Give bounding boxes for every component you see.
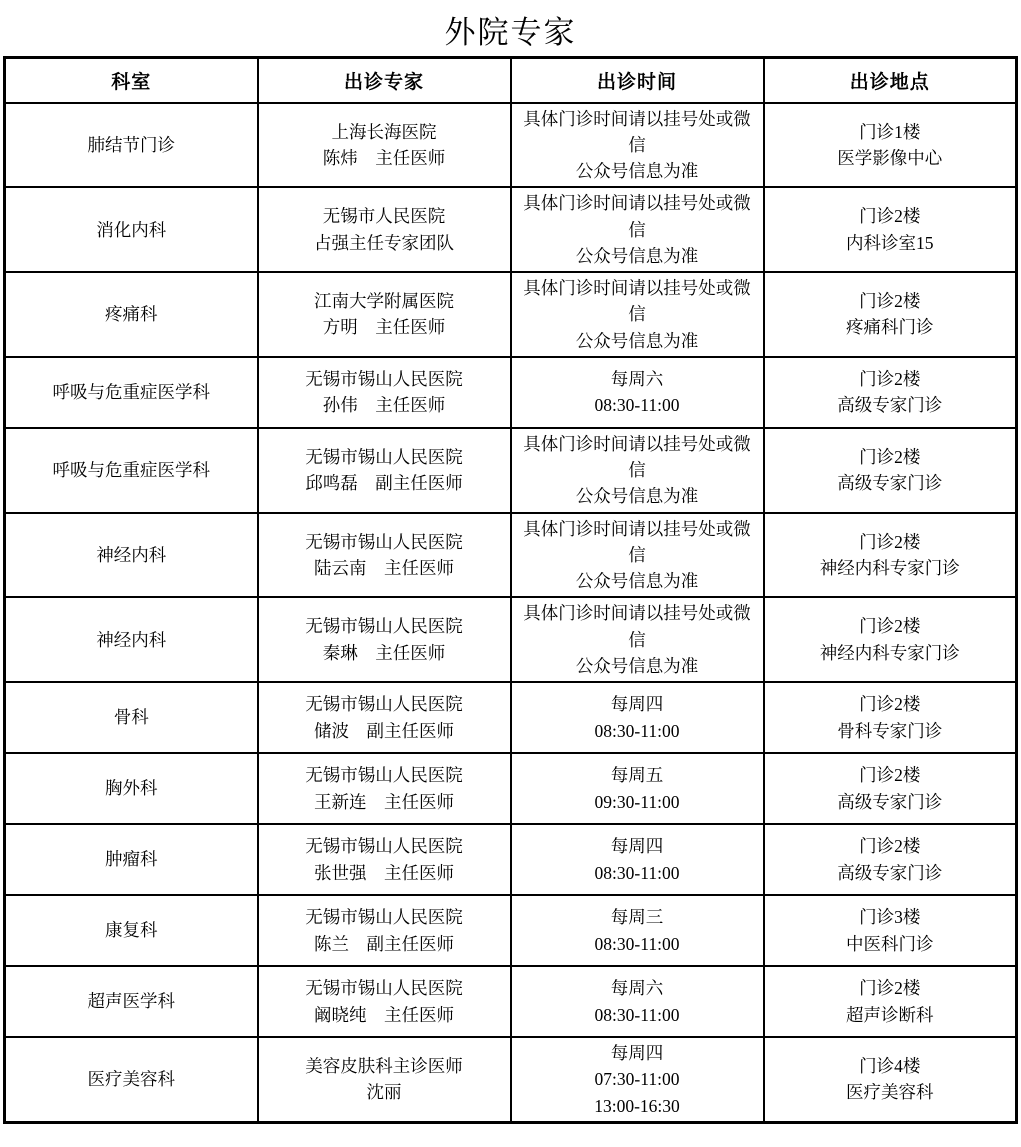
cell-department: 胸外科 xyxy=(5,753,258,824)
table-row: 超声医学科无锡市锡山人民医院 阚晓纯 主任医师每周六 08:30-11:00门诊… xyxy=(5,966,1017,1037)
column-header-location: 出诊地点 xyxy=(764,58,1017,103)
cell-time: 具体门诊时间请以挂号处或微信 公众号信息为准 xyxy=(511,597,764,682)
cell-location: 门诊2楼 高级专家门诊 xyxy=(764,824,1017,895)
cell-expert: 无锡市锡山人民医院 王新连 主任医师 xyxy=(258,753,511,824)
cell-expert: 无锡市人民医院 占强主任专家团队 xyxy=(258,187,511,272)
column-header-department: 科室 xyxy=(5,58,258,103)
table-row: 医疗美容科美容皮肤科主诊医师 沈丽每周四 07:30-11:00 13:00-1… xyxy=(5,1037,1017,1122)
cell-location: 门诊1楼 医学影像中心 xyxy=(764,103,1017,188)
cell-location: 门诊4楼 医疗美容科 xyxy=(764,1037,1017,1122)
cell-time: 每周四 07:30-11:00 13:00-16:30 xyxy=(511,1037,764,1122)
table-row: 疼痛科江南大学附属医院 方明 主任医师具体门诊时间请以挂号处或微信 公众号信息为… xyxy=(5,272,1017,357)
cell-time: 具体门诊时间请以挂号处或微信 公众号信息为准 xyxy=(511,103,764,188)
cell-department: 神经内科 xyxy=(5,513,258,598)
cell-location: 门诊2楼 神经内科专家门诊 xyxy=(764,513,1017,598)
cell-location: 门诊2楼 高级专家门诊 xyxy=(764,753,1017,824)
page-title: 外院专家 xyxy=(0,0,1021,56)
cell-time: 每周五 09:30-11:00 xyxy=(511,753,764,824)
column-header-time: 出诊时间 xyxy=(511,58,764,103)
cell-time: 每周六 08:30-11:00 xyxy=(511,357,764,428)
cell-time: 具体门诊时间请以挂号处或微信 公众号信息为准 xyxy=(511,428,764,513)
table-row: 胸外科无锡市锡山人民医院 王新连 主任医师每周五 09:30-11:00门诊2楼… xyxy=(5,753,1017,824)
cell-location: 门诊3楼 中医科门诊 xyxy=(764,895,1017,966)
cell-department: 肿瘤科 xyxy=(5,824,258,895)
document-page: 外院专家 科室 出诊专家 出诊时间 出诊地点 肺结节门诊上海长海医院 陈炜 主任… xyxy=(0,0,1021,1147)
cell-department: 神经内科 xyxy=(5,597,258,682)
cell-expert: 无锡市锡山人民医院 张世强 主任医师 xyxy=(258,824,511,895)
column-header-expert: 出诊专家 xyxy=(258,58,511,103)
cell-expert: 无锡市锡山人民医院 秦琳 主任医师 xyxy=(258,597,511,682)
cell-expert: 无锡市锡山人民医院 陆云南 主任医师 xyxy=(258,513,511,598)
cell-department: 医疗美容科 xyxy=(5,1037,258,1122)
header-row: 科室 出诊专家 出诊时间 出诊地点 xyxy=(5,58,1017,103)
cell-department: 疼痛科 xyxy=(5,272,258,357)
cell-time: 每周四 08:30-11:00 xyxy=(511,682,764,753)
cell-location: 门诊2楼 疼痛科门诊 xyxy=(764,272,1017,357)
table-body: 肺结节门诊上海长海医院 陈炜 主任医师具体门诊时间请以挂号处或微信 公众号信息为… xyxy=(5,103,1017,1123)
cell-department: 呼吸与危重症医学科 xyxy=(5,357,258,428)
table-row: 康复科无锡市锡山人民医院 陈兰 副主任医师每周三 08:30-11:00门诊3楼… xyxy=(5,895,1017,966)
cell-location: 门诊2楼 高级专家门诊 xyxy=(764,357,1017,428)
table-header: 科室 出诊专家 出诊时间 出诊地点 xyxy=(5,58,1017,103)
cell-expert: 江南大学附属医院 方明 主任医师 xyxy=(258,272,511,357)
cell-department: 消化内科 xyxy=(5,187,258,272)
table-row: 肿瘤科无锡市锡山人民医院 张世强 主任医师每周四 08:30-11:00门诊2楼… xyxy=(5,824,1017,895)
table-row: 呼吸与危重症医学科无锡市锡山人民医院 邱鸣磊 副主任医师具体门诊时间请以挂号处或… xyxy=(5,428,1017,513)
cell-time: 每周三 08:30-11:00 xyxy=(511,895,764,966)
table-row: 神经内科无锡市锡山人民医院 陆云南 主任医师具体门诊时间请以挂号处或微信 公众号… xyxy=(5,513,1017,598)
cell-expert: 无锡市锡山人民医院 阚晓纯 主任医师 xyxy=(258,966,511,1037)
cell-location: 门诊2楼 超声诊断科 xyxy=(764,966,1017,1037)
cell-department: 肺结节门诊 xyxy=(5,103,258,188)
table-row: 消化内科无锡市人民医院 占强主任专家团队具体门诊时间请以挂号处或微信 公众号信息… xyxy=(5,187,1017,272)
cell-department: 呼吸与危重症医学科 xyxy=(5,428,258,513)
cell-time: 每周四 08:30-11:00 xyxy=(511,824,764,895)
cell-location: 门诊2楼 高级专家门诊 xyxy=(764,428,1017,513)
cell-time: 具体门诊时间请以挂号处或微信 公众号信息为准 xyxy=(511,513,764,598)
cell-expert: 无锡市锡山人民医院 邱鸣磊 副主任医师 xyxy=(258,428,511,513)
cell-expert: 美容皮肤科主诊医师 沈丽 xyxy=(258,1037,511,1122)
table-row: 肺结节门诊上海长海医院 陈炜 主任医师具体门诊时间请以挂号处或微信 公众号信息为… xyxy=(5,103,1017,188)
cell-time: 每周六 08:30-11:00 xyxy=(511,966,764,1037)
cell-location: 门诊2楼 内科诊室15 xyxy=(764,187,1017,272)
cell-expert: 无锡市锡山人民医院 孙伟 主任医师 xyxy=(258,357,511,428)
cell-time: 具体门诊时间请以挂号处或微信 公众号信息为准 xyxy=(511,187,764,272)
cell-location: 门诊2楼 骨科专家门诊 xyxy=(764,682,1017,753)
cell-expert: 无锡市锡山人民医院 储波 副主任医师 xyxy=(258,682,511,753)
cell-time: 具体门诊时间请以挂号处或微信 公众号信息为准 xyxy=(511,272,764,357)
cell-expert: 上海长海医院 陈炜 主任医师 xyxy=(258,103,511,188)
cell-location: 门诊2楼 神经内科专家门诊 xyxy=(764,597,1017,682)
table-row: 神经内科无锡市锡山人民医院 秦琳 主任医师具体门诊时间请以挂号处或微信 公众号信… xyxy=(5,597,1017,682)
cell-department: 超声医学科 xyxy=(5,966,258,1037)
cell-department: 骨科 xyxy=(5,682,258,753)
table-row: 骨科无锡市锡山人民医院 储波 副主任医师每周四 08:30-11:00门诊2楼 … xyxy=(5,682,1017,753)
cell-department: 康复科 xyxy=(5,895,258,966)
cell-expert: 无锡市锡山人民医院 陈兰 副主任医师 xyxy=(258,895,511,966)
table-row: 呼吸与危重症医学科无锡市锡山人民医院 孙伟 主任医师每周六 08:30-11:0… xyxy=(5,357,1017,428)
experts-schedule-table: 科室 出诊专家 出诊时间 出诊地点 肺结节门诊上海长海医院 陈炜 主任医师具体门… xyxy=(3,56,1018,1124)
